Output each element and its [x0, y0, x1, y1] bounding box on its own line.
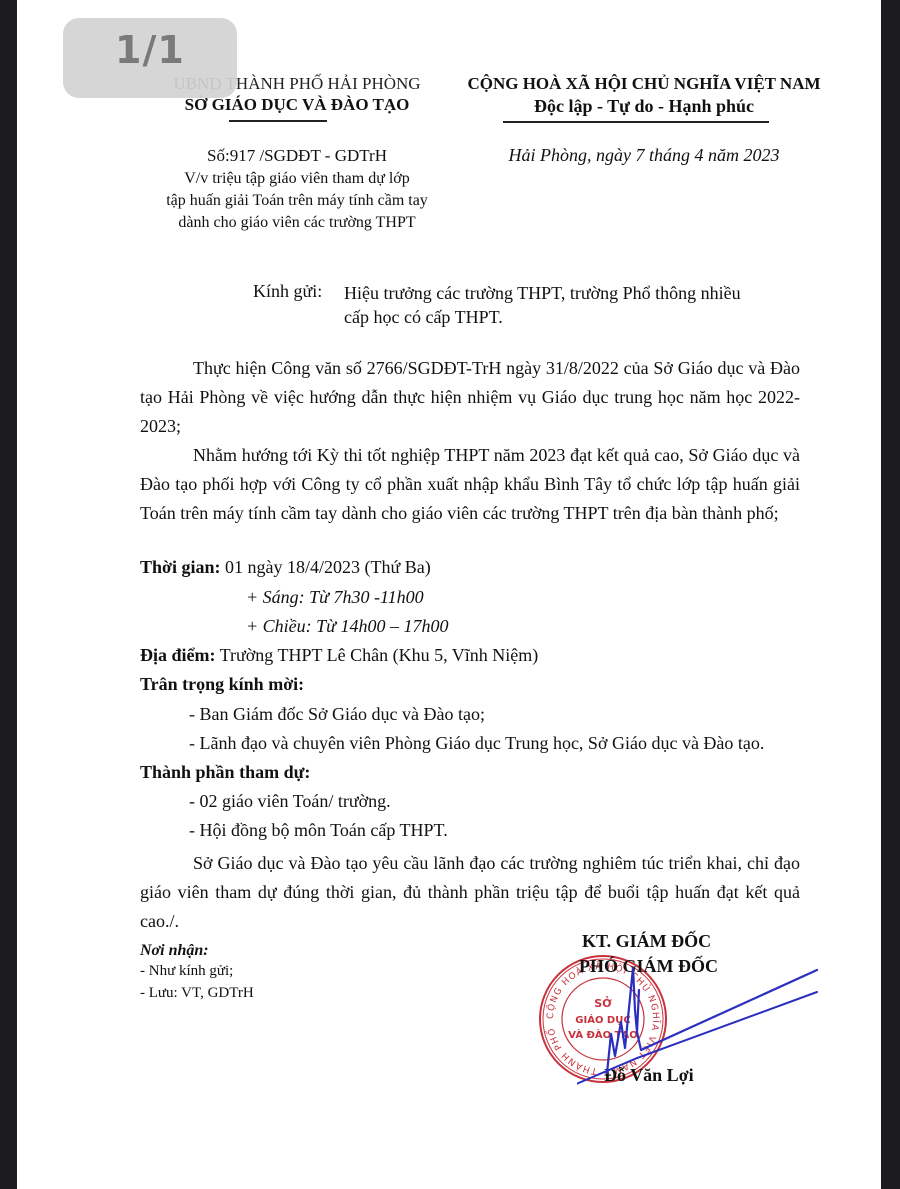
place-label: Địa điểm: [140, 645, 216, 665]
issuing-department: SỞ GIÁO DỤC VÀ ĐÀO TẠO [147, 95, 447, 115]
paragraph-purpose: Nhằm hướng tới Kỳ thi tốt nghiệp THPT nă… [140, 441, 800, 528]
page-indicator-text: 1/1 [115, 28, 185, 72]
time-value: 01 ngày 18/4/2023 (Thứ Ba) [221, 557, 431, 577]
document-subject: V/v triệu tập giáo viên tham dự lớp tập … [147, 168, 447, 234]
department-underline [229, 120, 327, 122]
time-afternoon: + Chiều: Từ 14h00 – 17h00 [246, 616, 448, 637]
invitee-item: - Ban Giám đốc Sở Giáo dục và Đào tạo; [189, 704, 485, 725]
handwritten-signature-icon [577, 960, 827, 1090]
place-and-date: Hải Phòng, ngày 7 tháng 4 năm 2023 [449, 145, 839, 166]
national-motto: Độc lập - Tự do - Hạnh phúc [449, 96, 839, 117]
time-row: Thời gian: 01 ngày 18/4/2023 (Thứ Ba) [140, 557, 431, 578]
recipient-line: cấp học có cấp THPT. [344, 305, 741, 329]
document-page: 1/1 UBND THÀNH PHỐ HẢI PHÒNG SỞ GIÁO DỤC… [17, 0, 881, 1189]
paragraph-closing: Sở Giáo dục và Đào tạo yêu cầu lãnh đạo … [140, 849, 800, 936]
page-indicator-badge: 1/1 [63, 18, 237, 98]
recipient-label: Kính gửi: [253, 281, 322, 302]
subject-line: tập huấn giải Toán trên máy tính cầm tay [147, 190, 447, 212]
participant-item: - Hội đồng bộ môn Toán cấp THPT. [189, 820, 448, 841]
subject-line: dành cho giáo viên các trường THPT [147, 212, 447, 234]
nation-title: CỘNG HOÀ XÃ HỘI CHỦ NGHĨA VIỆT NAM [449, 74, 839, 94]
participants-label: Thành phần tham dự: [140, 762, 310, 783]
time-label: Thời gian: [140, 557, 221, 577]
place-value: Trường THPT Lê Chân (Khu 5, Vĩnh Niệm) [216, 645, 539, 665]
time-morning: + Sáng: Từ 7h30 -11h00 [246, 587, 424, 608]
recipient-line: Hiệu trưởng các trường THPT, trường Phổ … [344, 281, 741, 305]
invitee-item: - Lãnh đạo và chuyên viên Phòng Giáo dục… [189, 733, 764, 754]
document-number: Số:917 /SGDĐT - GDTrH [147, 146, 447, 166]
sign-title-1: KT. GIÁM ĐỐC [582, 931, 711, 952]
subject-line: V/v triệu tập giáo viên tham dự lớp [147, 168, 447, 190]
invite-label: Trân trọng kính mời: [140, 674, 304, 695]
receivers-label: Nơi nhận: [140, 942, 209, 960]
recipient-list: Hiệu trưởng các trường THPT, trường Phổ … [344, 281, 741, 329]
motto-underline [503, 121, 769, 123]
participant-item: - 02 giáo viên Toán/ trường. [189, 791, 391, 812]
place-row: Địa điểm: Trường THPT Lê Chân (Khu 5, Vĩ… [140, 645, 538, 666]
paragraph-reference: Thực hiện Công văn số 2766/SGDĐT-TrH ngà… [140, 354, 800, 441]
receiver-item: - Lưu: VT, GDTrH [140, 985, 254, 1002]
receiver-item: - Như kính gửi; [140, 963, 233, 980]
